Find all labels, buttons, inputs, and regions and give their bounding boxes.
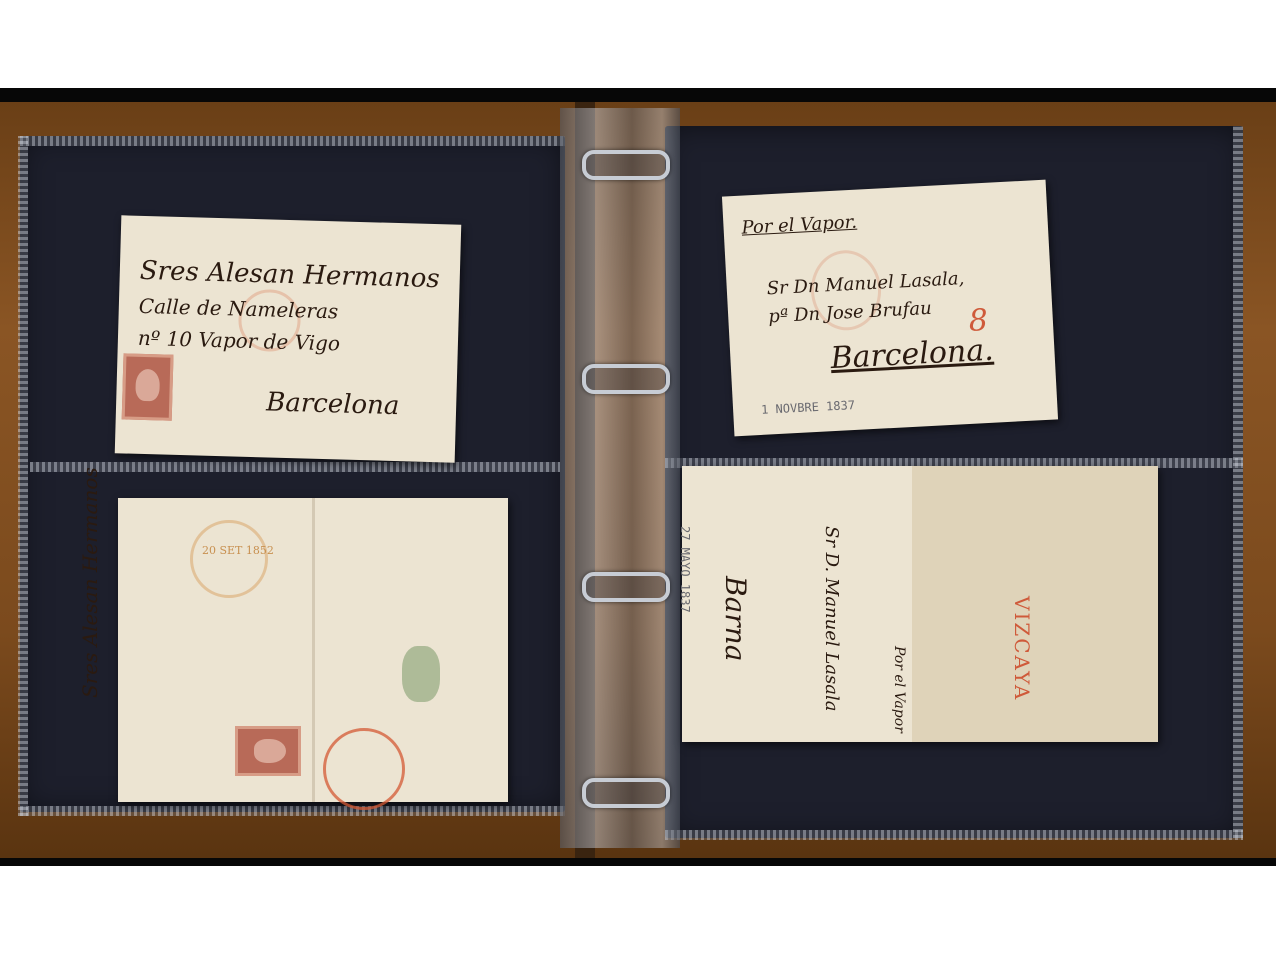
pencil-date: 27 MAYO 1837 bbox=[678, 526, 692, 613]
binder-ring bbox=[582, 150, 670, 180]
postage-stamp bbox=[235, 726, 301, 776]
header-note: Por el Vapor. bbox=[741, 212, 857, 239]
sleeve-edge bbox=[18, 136, 28, 816]
sleeve-edge bbox=[1233, 126, 1243, 838]
binder-ring bbox=[582, 364, 670, 394]
sleeve-divider bbox=[30, 462, 560, 472]
sleeve-edge bbox=[20, 136, 565, 146]
cover-bottom-right: 27 MAYO 1837 Sr D. Manuel Lasala Barna P… bbox=[682, 466, 1158, 742]
cover-top-left: Sres Alesan Hermanos Calle de Nameleras … bbox=[115, 215, 462, 462]
fold-line bbox=[312, 498, 315, 802]
postage-stamp bbox=[122, 353, 174, 420]
cover-top-right: Por el Vapor. Sr Dn Manuel Lasala, pª Dn… bbox=[722, 180, 1058, 437]
cover-bottom-left: 20 SET 1852 Sres Alesan Hermanos bbox=[118, 498, 508, 802]
address-line: Sres Alesan Hermanos bbox=[139, 256, 440, 294]
binder-ring bbox=[582, 778, 670, 808]
address-line: nº 10 Vapor de Vigo bbox=[138, 326, 341, 356]
address-line: Barna bbox=[719, 576, 752, 661]
postmark bbox=[190, 520, 268, 598]
sleeve-edge bbox=[665, 830, 1243, 840]
address-line: Barcelona. bbox=[830, 333, 995, 376]
address-line: Sr D. Manuel Lasala bbox=[821, 526, 842, 712]
album-photo: Sres Alesan Hermanos Calle de Nameleras … bbox=[0, 88, 1276, 866]
address-line: Barcelona bbox=[266, 387, 400, 421]
address-line: Calle de Nameleras bbox=[139, 294, 339, 324]
address-line: Sres Alesan Hermanos bbox=[78, 467, 102, 698]
postmark-date: 20 SET 1852 bbox=[202, 544, 274, 557]
postmark bbox=[323, 728, 405, 810]
fold-panel bbox=[912, 466, 1158, 742]
binder-ring bbox=[582, 572, 670, 602]
binder-mechanism bbox=[560, 108, 680, 848]
side-note: Por el Vapor bbox=[891, 646, 907, 733]
pencil-date: 1 NOVBRE 1837 bbox=[761, 398, 856, 417]
address-line: pª Dn Jose Brufau bbox=[768, 298, 932, 328]
wax-seal bbox=[402, 646, 440, 702]
sleeve-edge bbox=[20, 806, 565, 816]
red-town-mark: VIZCAYA bbox=[1010, 596, 1034, 701]
